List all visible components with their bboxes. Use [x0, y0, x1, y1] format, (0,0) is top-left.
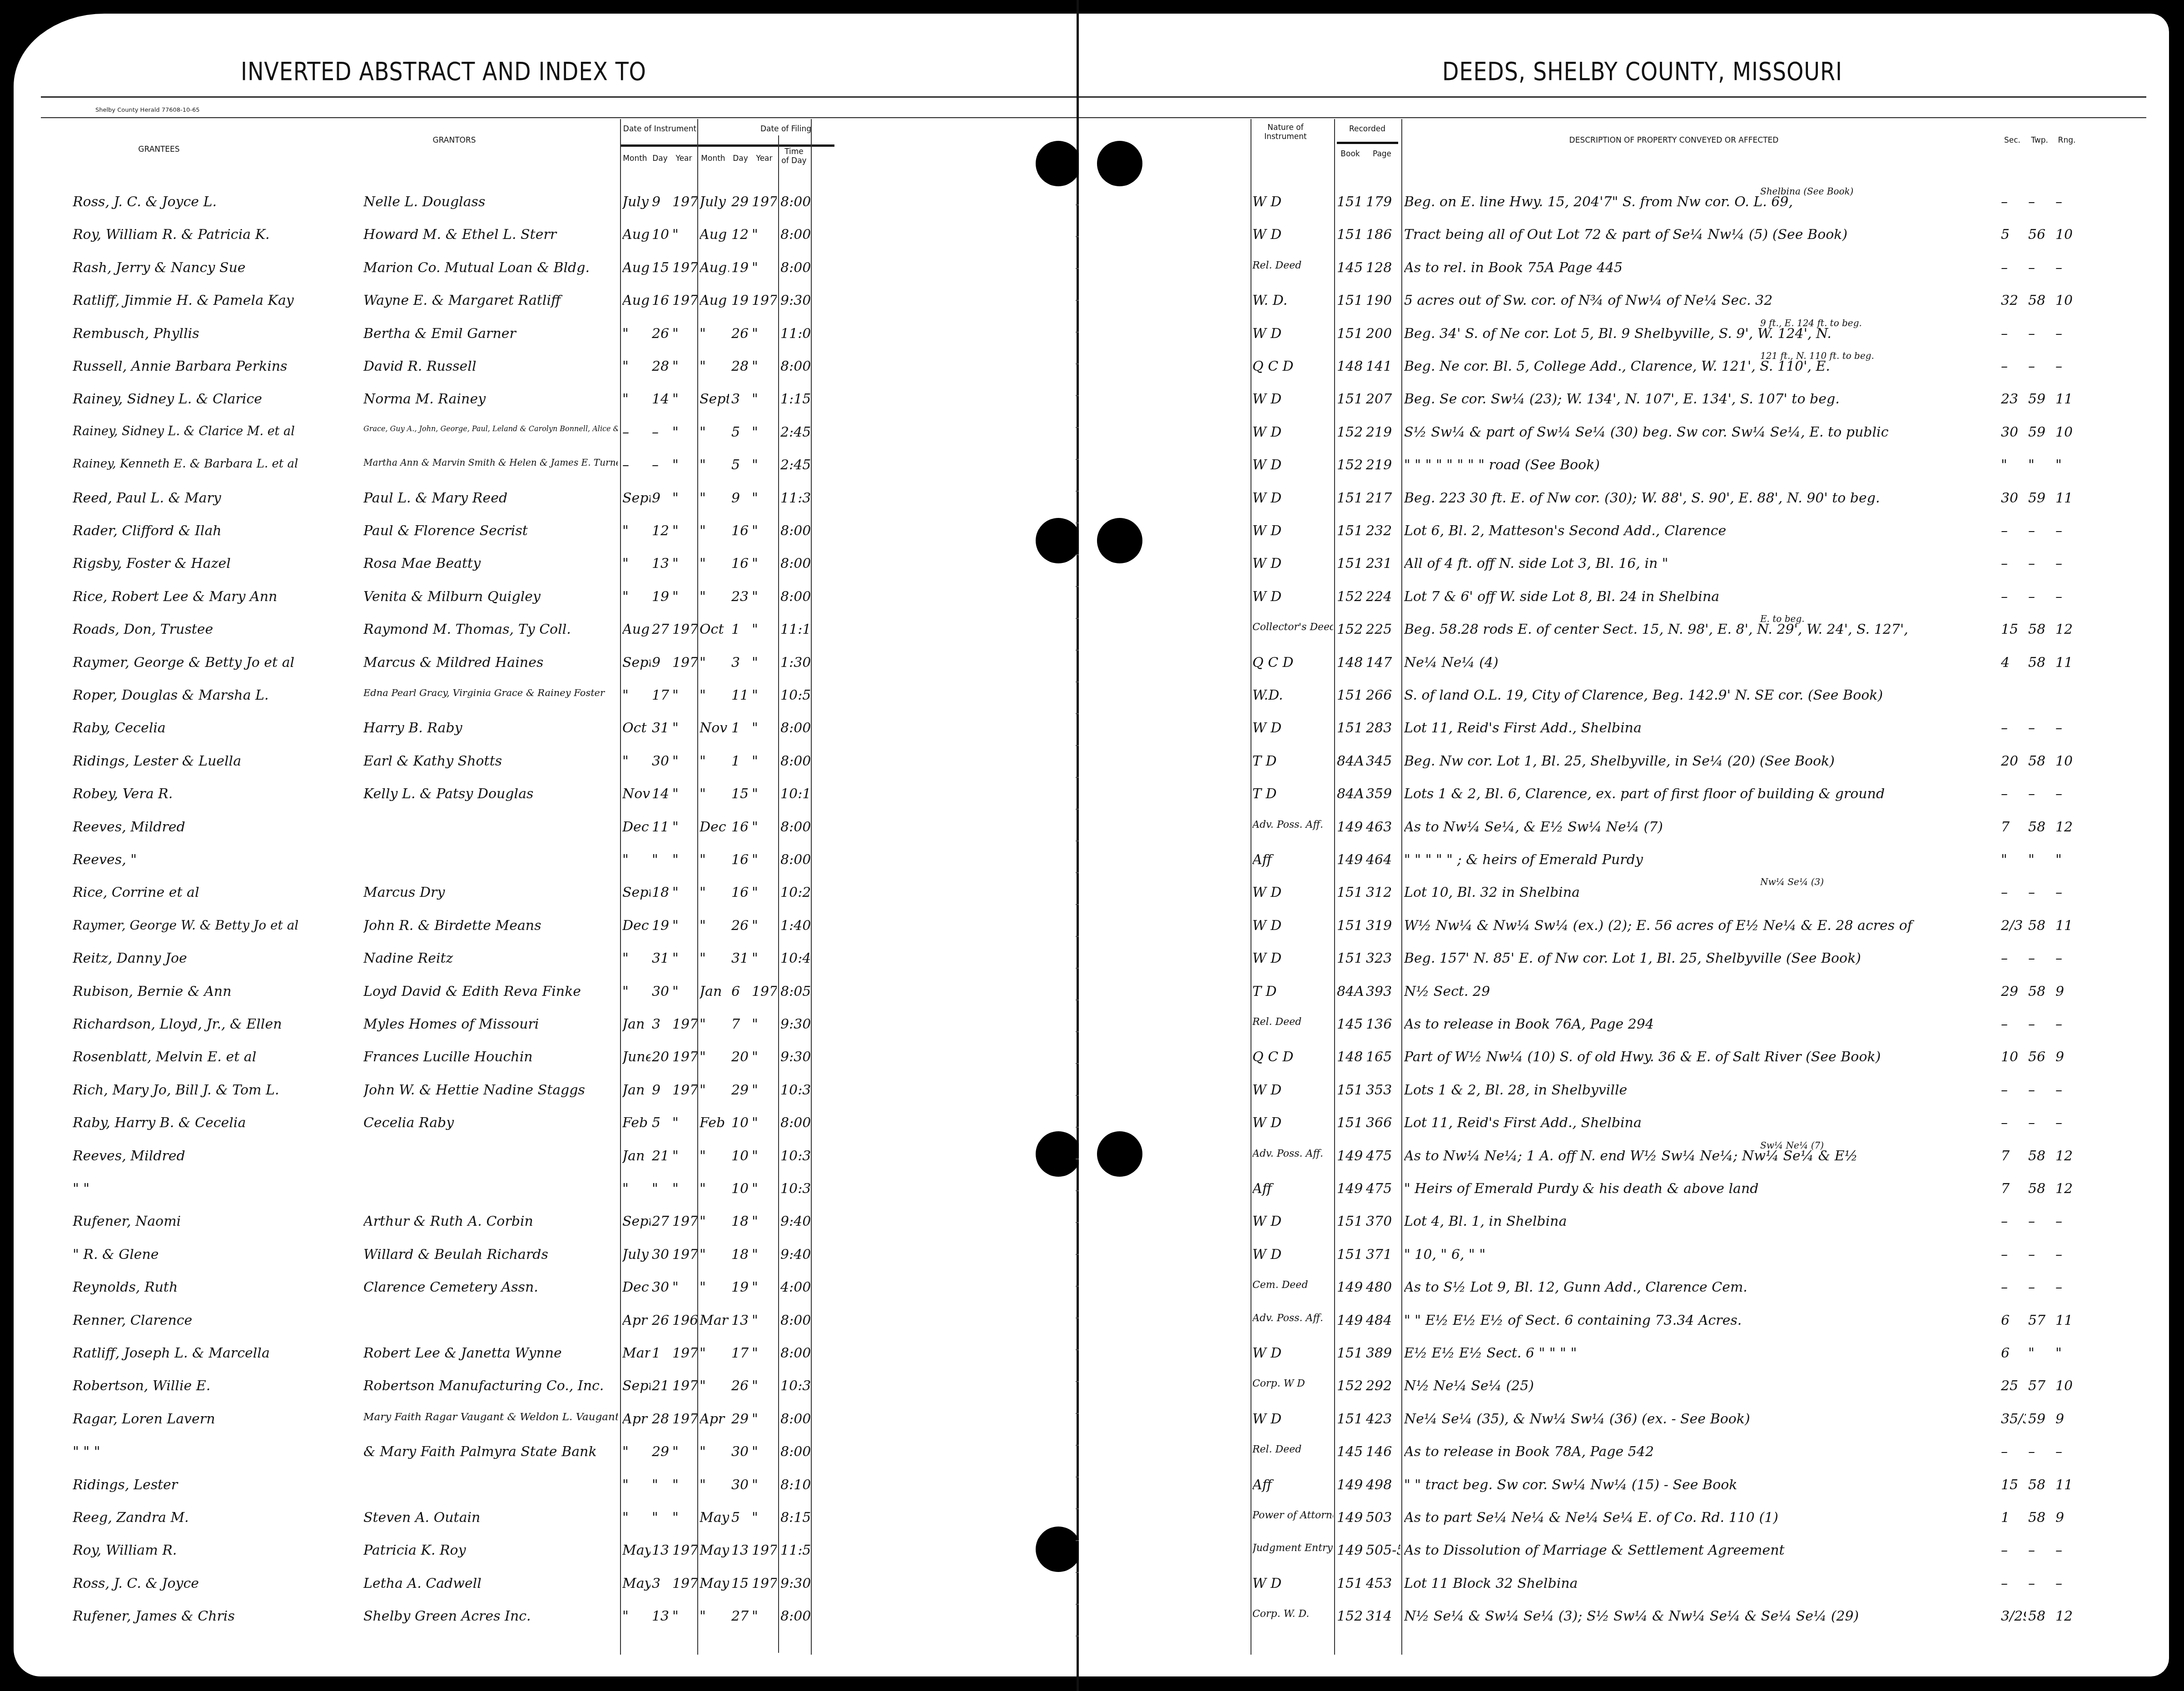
- inst-year-cell: 1974: [672, 293, 697, 308]
- sec-cell: –: [2001, 885, 2026, 900]
- twp-cell: 58: [2028, 753, 2051, 769]
- file-month-cell: ": [700, 358, 729, 374]
- inst-year-cell: ": [672, 1510, 697, 1526]
- grantee-cell: Ratliff, Jimmie H. & Pamela Kay: [73, 293, 318, 308]
- book-cell: 145: [1337, 260, 1365, 276]
- time-cell: 11:30: [780, 490, 810, 506]
- book-cell: 149: [1337, 1181, 1365, 1197]
- rng-cell: –: [2055, 1082, 2078, 1098]
- book-cell: 151: [1337, 1082, 1365, 1098]
- inst-day-cell: 26: [652, 326, 671, 342]
- file-month-cell: Nov: [700, 720, 729, 736]
- inst-month-cell: –: [622, 457, 650, 473]
- rng-cell: –: [2055, 1444, 2078, 1460]
- rng-cell: 10: [2055, 293, 2078, 308]
- book-cell: 151: [1337, 918, 1365, 934]
- twp-cell: –: [2028, 720, 2051, 736]
- time-cell: 9:40: [780, 1214, 810, 1229]
- book-cell: 149: [1337, 1542, 1365, 1558]
- file-day-cell: 16: [731, 852, 750, 868]
- rng-cell: –: [2055, 556, 2078, 572]
- inst-day-cell: 19: [652, 589, 671, 605]
- twp-cell: ": [2028, 1345, 2051, 1361]
- description-cell: All of 4 ft. off N. side Lot 3, Bl. 16, …: [1404, 556, 1995, 572]
- inst-year-cell: 1974: [672, 1247, 697, 1263]
- sec-cell: 6: [2001, 1313, 2026, 1328]
- file-year-cell: ": [752, 1115, 777, 1131]
- nature-cell: W D: [1252, 490, 1333, 506]
- sec-cell: –: [2001, 1576, 2026, 1592]
- page-cell: 266: [1366, 687, 1400, 703]
- description-cell: As to release in Book 78A, Page 542: [1404, 1444, 1995, 1460]
- page-cell: 312: [1366, 885, 1400, 900]
- twp-cell: –: [2028, 260, 2051, 276]
- file-month-cell: ": [700, 326, 729, 342]
- description-cell: As to S½ Lot 9, Bl. 12, Gunn Add., Clare…: [1404, 1279, 1995, 1295]
- file-year-cell: ": [752, 1477, 777, 1493]
- book-cell: 151: [1337, 326, 1365, 342]
- page-cell: 464: [1366, 852, 1400, 868]
- grantees-header: GRANTEES: [114, 145, 204, 154]
- time-cell: 10:30: [780, 1181, 810, 1197]
- inst-month-cell: Feb: [622, 1115, 650, 1131]
- rng-header: Rng.: [2055, 136, 2078, 145]
- sec-cell: 30: [2001, 424, 2026, 440]
- rng-cell: –: [2055, 194, 2078, 210]
- rng-cell: –: [2055, 523, 2078, 539]
- nature-cell: W D: [1252, 885, 1333, 900]
- rng-cell: 10: [2055, 227, 2078, 243]
- grantor-cell: Steven A. Outain: [363, 1510, 618, 1526]
- column-divider: [1251, 119, 1251, 1655]
- description-cell: Beg. 223 30 ft. E. of Nw cor. (30); W. 8…: [1404, 490, 1995, 506]
- nature-cell: W D: [1252, 1247, 1333, 1263]
- grantor-cell: Arthur & Ruth A. Corbin: [363, 1214, 618, 1229]
- inst-month-cell: Mar: [622, 1345, 650, 1361]
- inst-day-cell: 27: [652, 1214, 671, 1229]
- sec-cell: –: [2001, 786, 2026, 802]
- inst-year-cell: ": [672, 984, 697, 1000]
- inst-day-cell: 30: [652, 984, 671, 1000]
- sec-cell: –: [2001, 1247, 2026, 1263]
- page-cell: 232: [1366, 523, 1400, 539]
- twp-cell: 58: [2028, 655, 2051, 671]
- description-header: DESCRIPTION OF PROPERTY CONVEYED OR AFFE…: [1515, 136, 1833, 145]
- nature-cell: W D: [1252, 326, 1333, 342]
- sec-cell: 35/36: [2001, 1411, 2026, 1427]
- inst-month-cell: ": [622, 391, 650, 407]
- twp-cell: –: [2028, 358, 2051, 374]
- file-day-cell: 23: [731, 589, 750, 605]
- right-page-title: DEEDS, SHELBY COUNTY, MISSOURI: [1442, 57, 1842, 86]
- nature-cell: W D: [1252, 1411, 1333, 1427]
- binder-hole: [1036, 1131, 1081, 1177]
- inst-year-cell: ": [672, 391, 697, 407]
- inst-year-cell: ": [672, 819, 697, 835]
- rng-cell: 10: [2055, 424, 2078, 440]
- file-year-cell: ": [752, 786, 777, 802]
- grantee-cell: Rigsby, Foster & Hazel: [73, 556, 318, 572]
- file-year-cell: ": [752, 1016, 777, 1032]
- twp-cell: –: [2028, 1279, 2051, 1295]
- grantee-cell: Rader, Clifford & Ilah: [73, 523, 318, 539]
- file-month-cell: ": [700, 1016, 729, 1032]
- sec-cell: –: [2001, 260, 2026, 276]
- inst-year-header: Year: [671, 154, 696, 164]
- inst-month-cell: ": [622, 326, 650, 342]
- file-day-cell: 1: [731, 753, 750, 769]
- sec-cell: ": [2001, 457, 2026, 473]
- time-cell: 8:00: [780, 720, 810, 736]
- time-cell: 8:00: [780, 523, 810, 539]
- description-note: E. to beg.: [1760, 613, 1996, 624]
- grantor-cell: Robertson Manufacturing Co., Inc.: [363, 1378, 618, 1394]
- file-day-cell: 27: [731, 1608, 750, 1624]
- nature-cell: Q C D: [1252, 358, 1333, 374]
- inst-month-cell: ": [622, 589, 650, 605]
- page-cell: 292: [1366, 1378, 1400, 1394]
- file-month-cell: ": [700, 885, 729, 900]
- book-cell: 152: [1337, 622, 1365, 637]
- description-note: Nw¼ Se¼ (3): [1760, 876, 1996, 887]
- time-cell: 10:45: [780, 950, 810, 966]
- column-divider: [778, 135, 779, 1653]
- time-cell: 10:35: [780, 1378, 810, 1394]
- file-year-cell: ": [752, 720, 777, 736]
- time-cell: 8:00: [780, 852, 810, 868]
- inst-year-cell: 1972: [672, 1214, 697, 1229]
- page-cell: 190: [1366, 293, 1400, 308]
- twp-cell: 57: [2028, 1313, 2051, 1328]
- file-year-cell: ": [752, 1313, 777, 1328]
- nature-cell: W D: [1252, 950, 1333, 966]
- description-cell: Beg. Se cor. Sw¼ (23); W. 134', N. 107',…: [1404, 391, 1995, 407]
- file-month-cell: Aug: [700, 293, 729, 308]
- inst-month-cell: Jan: [622, 1082, 650, 1098]
- top-rule: [1079, 96, 2146, 98]
- inst-day-cell: 30: [652, 753, 671, 769]
- file-year-cell: ": [752, 227, 777, 243]
- book-cell: 84A: [1337, 753, 1365, 769]
- file-month-cell: ": [700, 523, 729, 539]
- rng-cell: –: [2055, 1279, 2078, 1295]
- column-divider: [620, 119, 621, 1655]
- file-year-cell: ": [752, 589, 777, 605]
- sec-cell: 6: [2001, 1345, 2026, 1361]
- inst-day-cell: 15: [652, 260, 671, 276]
- inst-day-cell: 21: [652, 1148, 671, 1164]
- inst-day-cell: 14: [652, 786, 671, 802]
- book-cell: 151: [1337, 720, 1365, 736]
- file-day-cell: 19: [731, 1279, 750, 1295]
- inst-year-cell: 1975: [672, 1411, 697, 1427]
- inst-year-cell: ": [672, 490, 697, 506]
- grantor-cell: & Mary Faith Palmyra State Bank: [363, 1444, 618, 1460]
- sec-cell: 15: [2001, 622, 2026, 637]
- inst-day-cell: 28: [652, 1411, 671, 1427]
- description-cell: " " tract beg. Sw cor. Sw¼ Nw¼ (15) - Se…: [1404, 1477, 1995, 1493]
- twp-cell: 58: [2028, 1181, 2051, 1197]
- file-month-cell: ": [700, 556, 729, 572]
- binder-hole: [1036, 1527, 1081, 1572]
- file-year-cell: ": [752, 1510, 777, 1526]
- inst-day-cell: 20: [652, 1049, 671, 1065]
- file-year-cell: ": [752, 819, 777, 835]
- twp-cell: 58: [2028, 293, 2051, 308]
- file-month-cell: ": [700, 457, 729, 473]
- inst-day-cell: ": [652, 1510, 671, 1526]
- time-cell: 8:00: [780, 819, 810, 835]
- sec-cell: 4: [2001, 655, 2026, 671]
- inst-day-cell: 13: [652, 556, 671, 572]
- inst-month-cell: Sept: [622, 655, 650, 671]
- page-cell: 141: [1366, 358, 1400, 374]
- page-cell: 475: [1366, 1148, 1400, 1164]
- description-cell: Part of W½ Nw¼ (10) S. of old Hwy. 36 & …: [1404, 1049, 1995, 1065]
- binder-hole: [1097, 1131, 1142, 1177]
- grantor-cell: Paul & Florence Secrist: [363, 523, 618, 539]
- page-cell: 393: [1366, 984, 1400, 1000]
- sec-cell: –: [2001, 556, 2026, 572]
- nature-cell: W D: [1252, 918, 1333, 934]
- inst-month-cell: May: [622, 1542, 650, 1558]
- grantor-cell: Willard & Beulah Richards: [363, 1247, 618, 1263]
- inst-month-cell: ": [622, 1477, 650, 1493]
- grantee-cell: Rice, Robert Lee & Mary Ann: [73, 589, 318, 605]
- sec-cell: –: [2001, 194, 2026, 210]
- inst-day-cell: 31: [652, 720, 671, 736]
- nature-cell: W D: [1252, 194, 1333, 210]
- column-divider: [1401, 119, 1402, 1655]
- time-cell: 10:50: [780, 687, 810, 703]
- nature-cell: Aff: [1252, 852, 1333, 868]
- inst-day-cell: 31: [652, 950, 671, 966]
- file-month-cell: ": [700, 589, 729, 605]
- sec-cell: 3/29: [2001, 1608, 2026, 1624]
- page-cell: 484: [1366, 1313, 1400, 1328]
- time-of-day-header: Time of Day: [780, 148, 808, 165]
- grantee-cell: Rice, Corrine et al: [73, 885, 318, 900]
- description-cell: N½ Ne¼ Se¼ (25): [1404, 1378, 1995, 1394]
- time-cell: 1:30: [780, 655, 810, 671]
- twp-cell: ": [2028, 457, 2051, 473]
- book-cell: 151: [1337, 523, 1365, 539]
- time-cell: 8:00: [780, 194, 810, 210]
- inst-year-cell: ": [672, 852, 697, 868]
- file-year-cell: ": [752, 358, 777, 374]
- description-cell: Ne¼ Ne¼ (4): [1404, 655, 1995, 671]
- time-cell: 8:10: [780, 1477, 810, 1493]
- time-cell: 8:00: [780, 260, 810, 276]
- time-cell: 9:40: [780, 1247, 810, 1263]
- nature-cell: T D: [1252, 786, 1333, 802]
- file-month-cell: Feb: [700, 1115, 729, 1131]
- file-day-cell: 16: [731, 523, 750, 539]
- file-day-cell: 13: [731, 1313, 750, 1328]
- recorded-header-rule: [1337, 142, 1398, 144]
- time-cell: 8:15: [780, 1510, 810, 1526]
- rng-cell: 12: [2055, 1148, 2078, 1164]
- nature-cell: Collector's Deed: [1252, 622, 1333, 633]
- inst-day-cell: 26: [652, 1313, 671, 1328]
- twp-header: Twp.: [2028, 136, 2051, 145]
- time-cell: 8:05: [780, 984, 810, 1000]
- twp-cell: 58: [2028, 819, 2051, 835]
- nature-cell: W D: [1252, 227, 1333, 243]
- rng-cell: 11: [2055, 1477, 2078, 1493]
- inst-year-cell: ": [672, 1444, 697, 1460]
- sec-cell: 10: [2001, 1049, 2026, 1065]
- rng-cell: –: [2055, 589, 2078, 605]
- nature-cell: Rel. Deed: [1252, 1016, 1333, 1028]
- nature-cell: W. D.: [1252, 293, 1333, 308]
- sec-cell: –: [2001, 1115, 2026, 1131]
- time-cell: 8:00: [780, 227, 810, 243]
- inst-month-cell: ": [622, 687, 650, 703]
- file-year-cell: ": [752, 1345, 777, 1361]
- file-day-cell: 3: [731, 655, 750, 671]
- nature-cell: Adv. Poss. Aff.: [1252, 1148, 1333, 1159]
- sec-cell: 20: [2001, 753, 2026, 769]
- file-month-cell: ": [700, 1148, 729, 1164]
- file-month-cell: ": [700, 687, 729, 703]
- inst-day-cell: 13: [652, 1608, 671, 1624]
- nature-cell: W D: [1252, 1115, 1333, 1131]
- nature-cell: W D: [1252, 1082, 1333, 1098]
- book-cell: 149: [1337, 852, 1365, 868]
- file-month-cell: ": [700, 950, 729, 966]
- inst-year-cell: ": [672, 556, 697, 572]
- time-cell: 9:30: [780, 1016, 810, 1032]
- sec-cell: –: [2001, 358, 2026, 374]
- file-year-cell: ": [752, 1148, 777, 1164]
- grantee-cell: Rubison, Bernie & Ann: [73, 984, 318, 1000]
- inst-year-cell: ": [672, 589, 697, 605]
- inst-day-cell: 30: [652, 1247, 671, 1263]
- left-page: INVERTED ABSTRACT AND INDEX TO Shelby Co…: [14, 14, 1077, 1676]
- binder-hole: [1097, 141, 1142, 186]
- binder-hole: [1036, 141, 1081, 186]
- description-note: Sw¼ Ne¼ (7): [1760, 1140, 1996, 1151]
- book-cell: 151: [1337, 950, 1365, 966]
- page-cell: 463: [1366, 819, 1400, 835]
- grantor-cell: Clarence Cemetery Assn.: [363, 1279, 618, 1295]
- time-cell: 11:15: [780, 622, 810, 637]
- file-day-cell: 29: [731, 1411, 750, 1427]
- file-day-cell: 16: [731, 819, 750, 835]
- column-divider: [697, 119, 698, 1655]
- inst-year-cell: ": [672, 457, 697, 473]
- file-year-cell: ": [752, 1247, 777, 1263]
- grantee-cell: Rembusch, Phyllis: [73, 326, 318, 342]
- description-cell: Lot 6, Bl. 2, Matteson's Second Add., Cl…: [1404, 523, 1995, 539]
- grantor-cell: Bertha & Emil Garner: [363, 326, 618, 342]
- inst-day-header: Day: [649, 154, 671, 164]
- sec-cell: –: [2001, 1214, 2026, 1229]
- grantee-cell: Raby, Cecelia: [73, 720, 318, 736]
- twp-cell: 59: [2028, 424, 2051, 440]
- nature-cell: Adv. Poss. Aff.: [1252, 819, 1333, 831]
- right-page: DEEDS, SHELBY COUNTY, MISSOURI Nature of…: [1079, 14, 2169, 1676]
- inst-month-cell: ": [622, 753, 650, 769]
- page-cell: 359: [1366, 786, 1400, 802]
- page-cell: 370: [1366, 1214, 1400, 1229]
- sec-cell: 15: [2001, 1477, 2026, 1493]
- inst-year-cell: ": [672, 424, 697, 440]
- nature-cell: Q C D: [1252, 1049, 1333, 1065]
- page-cell: 136: [1366, 1016, 1400, 1032]
- grantee-cell: Rosenblatt, Melvin E. et al: [73, 1049, 318, 1065]
- book-cell: 151: [1337, 1115, 1365, 1131]
- file-year-cell: ": [752, 1049, 777, 1065]
- inst-day-cell: 21: [652, 1378, 671, 1394]
- file-month-cell: ": [700, 1214, 729, 1229]
- inst-day-cell: 29: [652, 1444, 671, 1460]
- book-cell: 151: [1337, 885, 1365, 900]
- inst-day-cell: 3: [652, 1576, 671, 1592]
- grantor-cell: Nelle L. Douglass: [363, 194, 618, 210]
- time-cell: 10:30: [780, 1148, 810, 1164]
- file-year-cell: ": [752, 753, 777, 769]
- inst-day-cell: 9: [652, 194, 671, 210]
- nature-cell: W D: [1252, 523, 1333, 539]
- inst-month-cell: Sept: [622, 1214, 650, 1229]
- inst-year-cell: 1975: [672, 1576, 697, 1592]
- book-cell: 84A: [1337, 786, 1365, 802]
- page-header: Page: [1367, 150, 1397, 159]
- file-day-cell: 7: [731, 1016, 750, 1032]
- page-cell: 503: [1366, 1510, 1400, 1526]
- description-cell: " 10, " 6, " ": [1404, 1247, 1995, 1263]
- file-year-cell: ": [752, 918, 777, 934]
- book-cell: 151: [1337, 1576, 1365, 1592]
- rng-cell: 9: [2055, 1411, 2078, 1427]
- sec-cell: 7: [2001, 1148, 2026, 1164]
- file-year-cell: 1975: [752, 1576, 777, 1592]
- file-day-cell: 5: [731, 424, 750, 440]
- time-cell: 8:00: [780, 1115, 810, 1131]
- inst-day-cell: 27: [652, 622, 671, 637]
- book-cell: 151: [1337, 1214, 1365, 1229]
- inst-year-cell: ": [672, 227, 697, 243]
- description-cell: Beg. Nw cor. Lot 1, Bl. 25, Shelbyville,…: [1404, 753, 1995, 769]
- book-cell: 148: [1337, 655, 1365, 671]
- page-cell: 498: [1366, 1477, 1400, 1493]
- top-rule: [41, 96, 1077, 98]
- time-cell: 8:00: [780, 589, 810, 605]
- sec-cell: 5: [2001, 227, 2026, 243]
- book-cell: 151: [1337, 293, 1365, 308]
- twp-cell: 58: [2028, 984, 2051, 1000]
- sec-cell: 7: [2001, 1181, 2026, 1197]
- nature-cell: Aff: [1252, 1181, 1333, 1197]
- grantor-cell: Howard M. & Ethel L. Sterr: [363, 227, 618, 243]
- twp-cell: 58: [2028, 1608, 2051, 1624]
- grantor-cell: Rosa Mae Beatty: [363, 556, 618, 572]
- inst-day-cell: 9: [652, 490, 671, 506]
- grantor-cell: Cecelia Raby: [363, 1115, 618, 1131]
- twp-cell: 56: [2028, 1049, 2051, 1065]
- file-day-cell: 30: [731, 1477, 750, 1493]
- description-cell: As to part Se¼ Ne¼ & Ne¼ Se¼ E. of Co. R…: [1404, 1510, 1995, 1526]
- file-month-cell: ": [700, 1378, 729, 1394]
- grantor-cell: Paul L. & Mary Reed: [363, 490, 618, 506]
- inst-month-cell: Aug: [622, 260, 650, 276]
- file-year-cell: ": [752, 1181, 777, 1197]
- twp-cell: –: [2028, 194, 2051, 210]
- grantee-cell: Reynolds, Ruth: [73, 1279, 318, 1295]
- grantor-cell: Shelby Green Acres Inc.: [363, 1608, 618, 1624]
